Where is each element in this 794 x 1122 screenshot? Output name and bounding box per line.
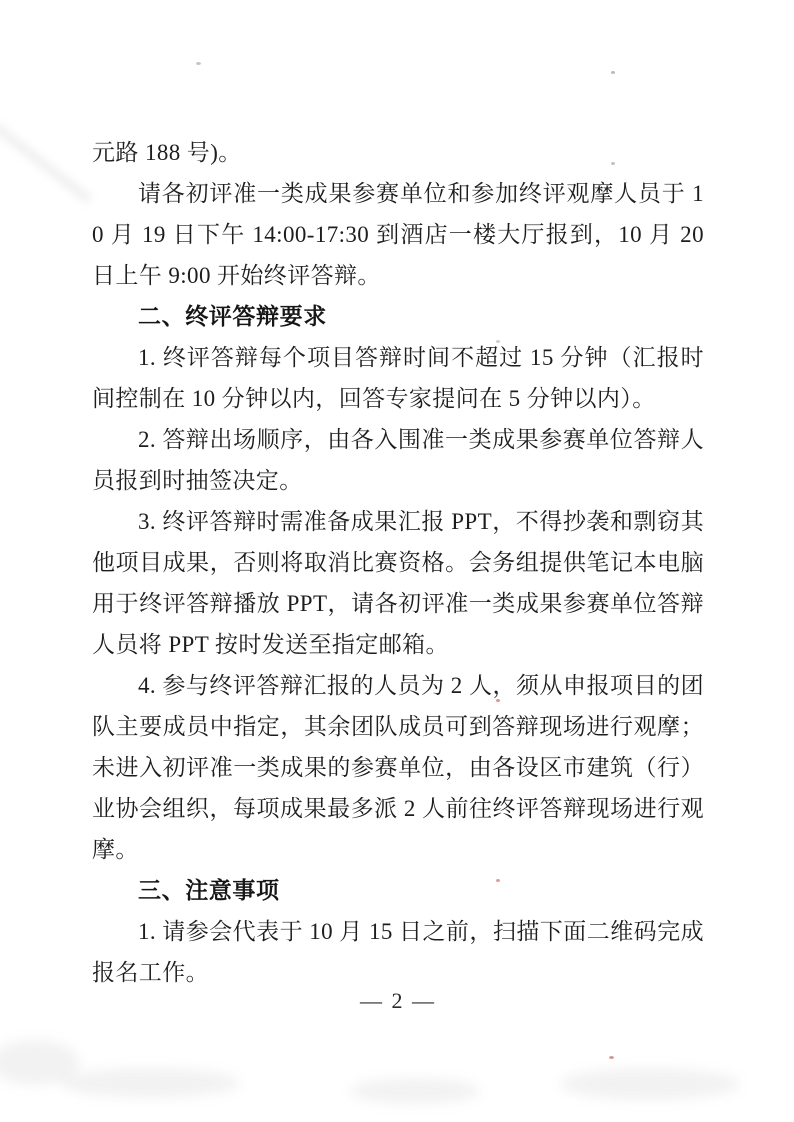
- scan-streak-artifact: [0, 122, 92, 204]
- document-body: 元路 188 号)。 请各初评准一类成果参赛单位和参加终评观摩人员于 10 月 …: [92, 132, 704, 993]
- paragraph-item-4-participants: 4. 参与终评答辩汇报的人员为 2 人，须从申报项目的团队主要成员中指定，其余团…: [92, 665, 704, 870]
- section-heading-notes: 三、注意事项: [92, 870, 704, 911]
- scan-smudge-artifact: [350, 1078, 480, 1104]
- scan-smudge-artifact: [0, 1040, 80, 1085]
- scanned-document-page: 元路 188 号)。 请各初评准一类成果参赛单位和参加终评观摩人员于 10 月 …: [0, 0, 794, 1122]
- paragraph-item-2-order-draw: 2. 答辩出场顺序，由各入围准一类成果参赛单位答辩人员报到时抽签决定。: [92, 419, 704, 501]
- scan-smudge-artifact: [560, 1068, 740, 1100]
- section-heading-defense-requirements: 二、终评答辩要求: [92, 296, 704, 337]
- paragraph-item-3-ppt-rules: 3. 终评答辩时需准备成果汇报 PPT，不得抄袭和剽窃其他项目成果，否则将取消比…: [92, 501, 704, 665]
- page-number: — 2 —: [92, 988, 704, 1014]
- paragraph-checkin-schedule: 请各初评准一类成果参赛单位和参加终评观摩人员于 10 月 19 日下午 14:0…: [92, 173, 704, 296]
- paragraph-item-1-time-limit: 1. 终评答辩每个项目答辩时间不超过 15 分钟（汇报时间控制在 10 分钟以内…: [92, 337, 704, 419]
- scan-speck-artifact: [611, 71, 615, 74]
- scan-speck-artifact: [196, 62, 201, 65]
- scan-speck-artifact: [609, 1056, 614, 1059]
- paragraph-address-continuation: 元路 188 号)。: [92, 132, 704, 173]
- scan-smudge-artifact: [60, 1068, 240, 1098]
- paragraph-note-1-qr-registration: 1. 请参会代表于 10 月 15 日之前，扫描下面二维码完成报名工作。: [92, 911, 704, 993]
